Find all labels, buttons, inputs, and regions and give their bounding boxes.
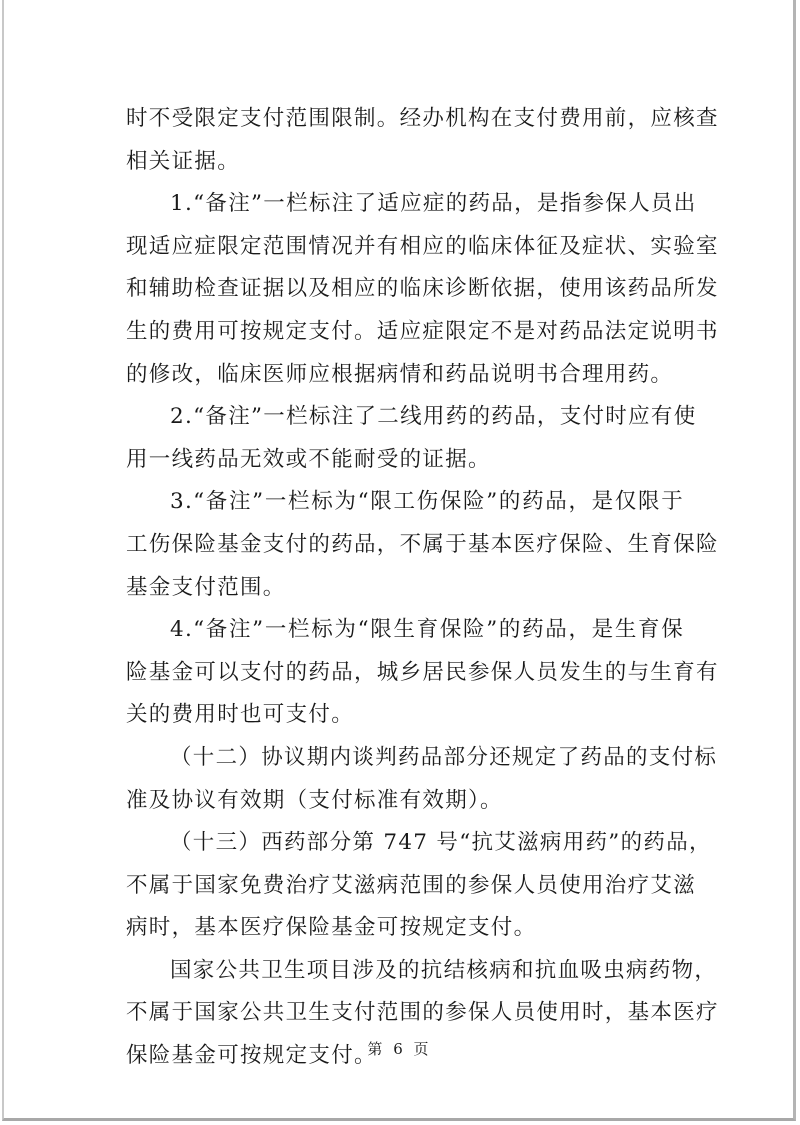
text-line: 相关证据。 [126,141,684,184]
text-line: 4.“备注”一栏标为“限生育保险”的药品，是生育保 [126,609,684,652]
text-line: 2.“备注”一栏标注了二线用药的药品，支付时应有使 [126,396,684,439]
text-line: 准及协议有效期（支付标准有效期）。 [126,780,684,823]
text-line: 1.“备注”一栏标注了适应症的药品，是指参保人员出 [126,183,684,226]
page-footer: 第 6 页 [4,1038,793,1059]
text-line: 险基金可以支付的药品，城乡居民参保人员发生的与生育有 [126,652,684,695]
text-line: 关的费用时也可支付。 [126,694,684,737]
text-line: 3.“备注”一栏标为“限工伤保险”的药品，是仅限于 [126,481,684,524]
document-body: 时不受限定支付范围限制。经办机构在支付费用前，应核查 相关证据。 1.“备注”一… [126,98,684,1078]
page-number-prefix: 第 [367,1040,383,1058]
text-line: 工伤保险基金支付的药品，不属于基本医疗保险、生育保险 [126,524,684,567]
page-number-suffix: 页 [414,1040,430,1058]
text-line: 的修改，临床医师应根据病情和药品说明书合理用药。 [126,354,684,397]
text-line: 基金支付范围。 [126,567,684,610]
text-line: 不属于国家免费治疗艾滋病范围的参保人员使用治疗艾滋 [126,865,684,908]
text-line: 国家公共卫生项目涉及的抗结核病和抗血吸虫病药物， [126,950,684,993]
text-line: 生的费用可按规定支付。适应症限定不是对药品法定说明书 [126,311,684,354]
document-page: 时不受限定支付范围限制。经办机构在支付费用前，应核查 相关证据。 1.“备注”一… [2,0,796,1121]
text-line: 现适应症限定范围情况并有相应的临床体征及症状、实验室 [126,226,684,269]
text-line: 和辅助检查证据以及相应的临床诊断依据，使用该药品所发 [126,268,684,311]
text-line: 用一线药品无效或不能耐受的证据。 [126,439,684,482]
text-line: （十二）协议期内谈判药品部分还规定了药品的支付标 [126,737,684,780]
text-line: 病时，基本医疗保险基金可按规定支付。 [126,907,684,950]
text-line: 不属于国家公共卫生支付范围的参保人员使用时，基本医疗 [126,992,684,1035]
text-line: （十三）西药部分第 747 号“抗艾滋病用药”的药品， [126,822,684,865]
page-number: 6 [393,1040,404,1058]
text-line: 时不受限定支付范围限制。经办机构在支付费用前，应核查 [126,98,684,141]
